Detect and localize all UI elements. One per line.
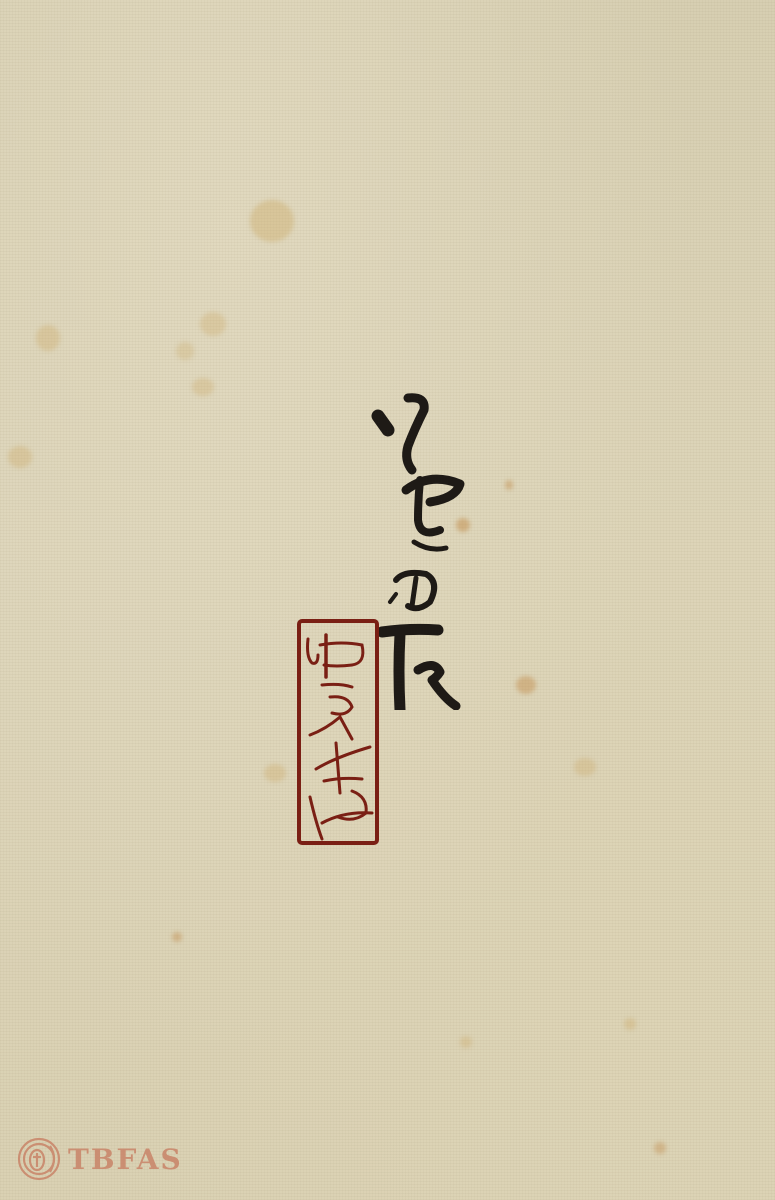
foxing-stain bbox=[264, 764, 286, 782]
foxing-stain bbox=[624, 1018, 636, 1030]
foxing-stain bbox=[36, 325, 60, 351]
watermark: TBFAS bbox=[16, 1136, 183, 1182]
foxing-stain bbox=[176, 342, 194, 360]
foxing-stain bbox=[8, 446, 32, 468]
foxing-stain bbox=[516, 676, 536, 694]
artist-seal bbox=[296, 617, 380, 847]
foxing-stain bbox=[250, 200, 294, 242]
foxing-stain bbox=[172, 932, 182, 942]
tbfas-logo-icon bbox=[16, 1136, 62, 1182]
foxing-stain bbox=[460, 1036, 472, 1048]
watermark-text: TBFAS bbox=[68, 1143, 183, 1176]
foxing-stain bbox=[200, 312, 226, 336]
foxing-stain bbox=[192, 378, 214, 396]
foxing-stain bbox=[654, 1142, 666, 1154]
silk-artwork: TBFAS bbox=[0, 0, 775, 1200]
foxing-stain bbox=[574, 758, 596, 776]
foxing-stain bbox=[505, 480, 513, 490]
